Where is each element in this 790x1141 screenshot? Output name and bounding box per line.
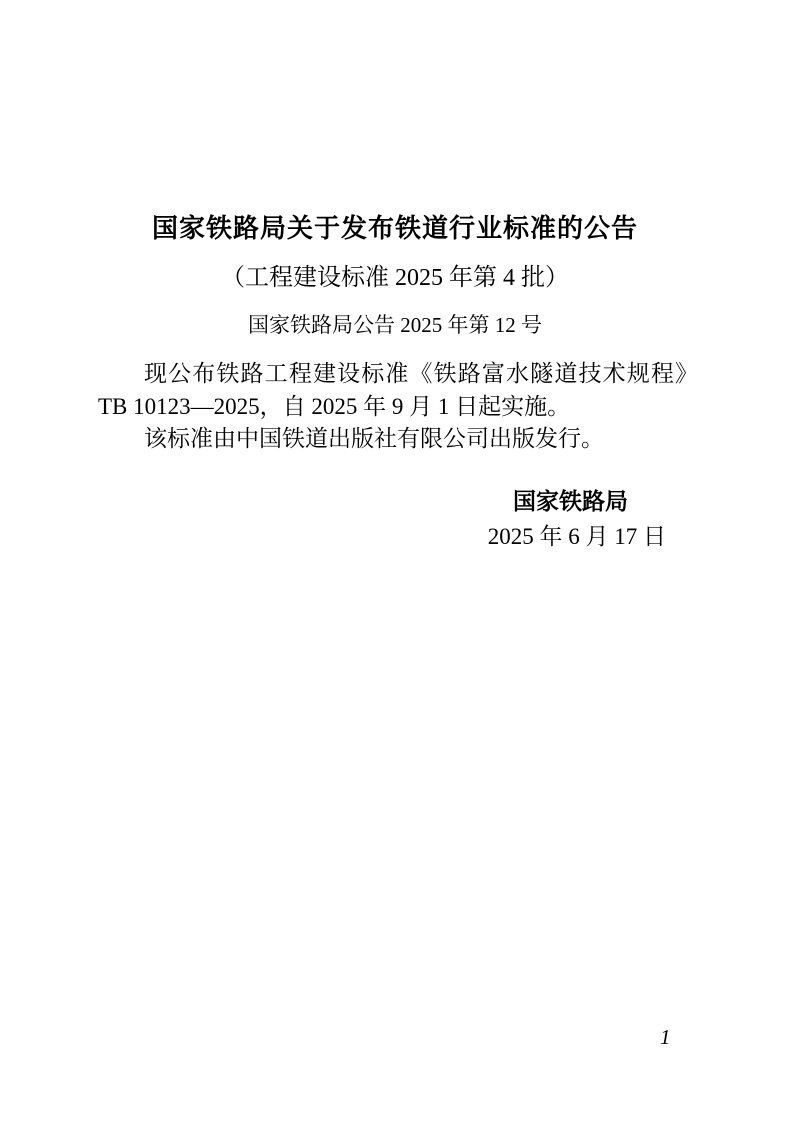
body-paragraph-2: 该标准由中国铁道出版社有限公司出版发行。 <box>98 423 698 456</box>
document-page: 国家铁路局关于发布铁道行业标准的公告 （工程建设标准 2025 年第 4 批） … <box>0 0 790 1141</box>
issue-date: 2025 年 6 月 17 日 <box>98 522 698 552</box>
announcement-number: 国家铁路局公告 2025 年第 12 号 <box>0 311 790 339</box>
body-paragraph-1: 现公布铁路工程建设标准《铁路富水隧道技术规程》TB 10123—2025，自 2… <box>98 358 698 423</box>
title-subtitle: （工程建设标准 2025 年第 4 批） <box>0 262 790 294</box>
body-text-block: 现公布铁路工程建设标准《铁路富水隧道技术规程》TB 10123—2025，自 2… <box>98 358 698 456</box>
page-number: 1 <box>660 1025 671 1049</box>
page-title: 国家铁路局关于发布铁道行业标准的公告 <box>0 211 790 247</box>
issuer-signature: 国家铁路局 <box>98 486 698 516</box>
